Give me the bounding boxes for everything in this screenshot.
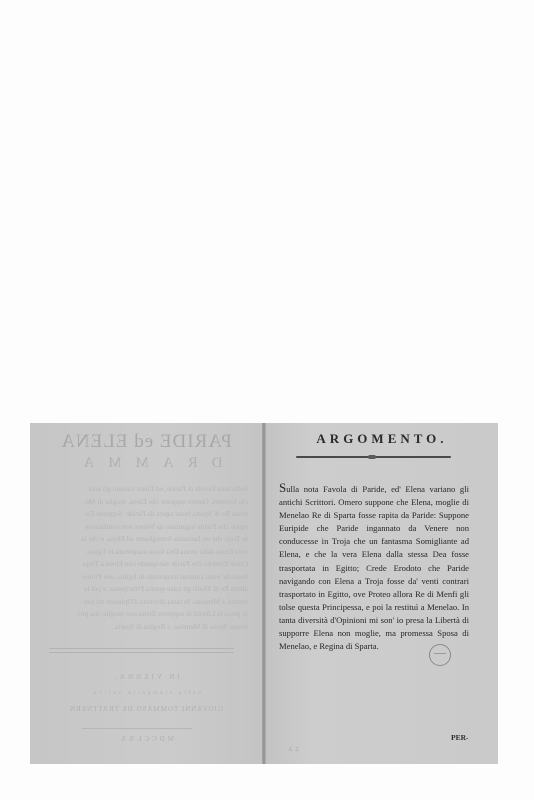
ghost-paragraph: Sulla nota Favola di Paride, ed Elena va… <box>48 483 248 633</box>
ghost-line: ripide che Paride ingannato da Venere no… <box>48 521 248 534</box>
ghost-line: restituì a Menelao. In tanta diversità d… <box>48 596 248 609</box>
page-heading: ARGOMENTO. <box>266 431 498 447</box>
ghost-line: vera Elena dalla stessa Dea fosse traspo… <box>48 546 248 559</box>
ghost-line: messa Sposa di Menelao, e Regina di Spar… <box>48 621 248 634</box>
left-page: PARIDE ed ELENA DRAMMA Sulla nota Favola… <box>30 423 262 764</box>
ghost-line: in Troja che un fantasma Somigliante ad … <box>48 533 248 546</box>
paragraph-text: ulla nota Favola di Paride, ed' Elena va… <box>279 484 469 651</box>
ghost-imprint-line: GIOVANNI TOMMASO DE TRATTNERN <box>30 705 262 713</box>
ghost-subtitle: DRAMMA <box>30 455 262 472</box>
ghost-rule <box>82 728 192 729</box>
ghost-line: io presa la Libertà di supporre Elena no… <box>48 608 248 621</box>
argument-paragraph: Sulla nota Favola di Paride, ed' Elena v… <box>279 483 469 653</box>
ornamental-rule <box>296 456 451 458</box>
library-stamp-icon <box>429 644 451 666</box>
ghost-line: Crede Erodoto che Paride navigando con E… <box>48 558 248 571</box>
ghost-title: PARIDE ed ELENA <box>30 431 262 453</box>
ghost-line: chi Scrittori. Omero suppone che Elena, … <box>48 496 248 509</box>
catchword: PER- <box>451 733 469 742</box>
show-through-text: PARIDE ed ELENA DRAMMA Sulla nota Favola… <box>30 423 262 764</box>
ghost-ornamental-rule <box>49 648 234 653</box>
ghost-imprint-line: nella stamperia aulica <box>30 691 262 696</box>
ghost-imprint-line: IN VIENNA, <box>30 673 262 681</box>
ghost-line: fosse da' venti contrari trasportato in … <box>48 571 248 584</box>
ghost-imprint-line: MDCCLXX <box>30 735 262 743</box>
ghost-line: nelao Re di Sparta fosse rapita da Parid… <box>48 508 248 521</box>
scanned-spread: PARIDE ed ELENA DRAMMA Sulla nota Favola… <box>30 423 498 764</box>
ghost-line: allora Re di Menfi gli tolse questa Prin… <box>48 583 248 596</box>
ghost-line: Sulla nota Favola di Paride, ed Elena va… <box>48 483 248 496</box>
signature-mark: A 2 <box>288 747 300 753</box>
right-page: ARGOMENTO. Sulla nota Favola di Paride, … <box>266 423 498 764</box>
